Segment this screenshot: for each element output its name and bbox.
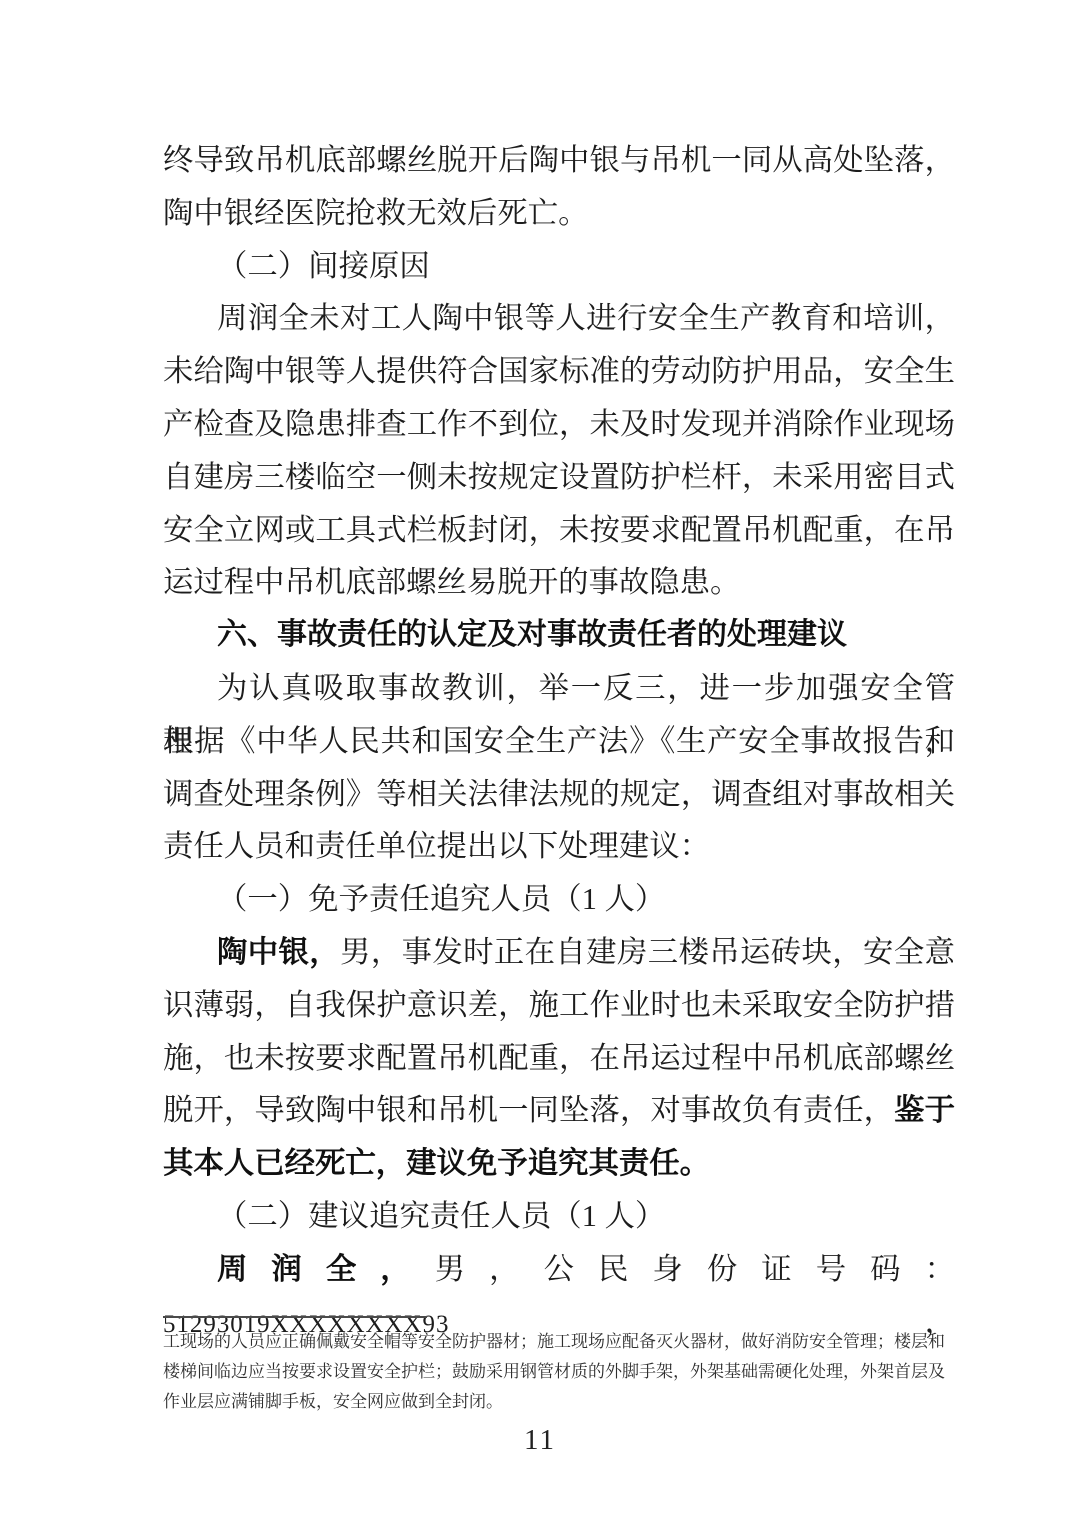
text-line: 未给陶中银等人提供符合国家标准的劳动防护用品，安全生 xyxy=(163,345,955,398)
text-line: 为认真吸取事故教训，举一反三，进一步加强安全管理， xyxy=(163,662,955,715)
text-line: 陶中银经医院抢救无效后死亡。 xyxy=(163,187,955,240)
text-segment: 自建房三楼临空一侧未按规定设置防护栏杆，未采用密目式 xyxy=(163,460,955,494)
footnote: 工现场的人员应正确佩戴安全帽等安全防护器材；施工现场应配备灭火器材，做好消防安全… xyxy=(163,1316,955,1417)
text-line: 终导致吊机底部螺丝脱开后陶中银与吊机一同从高处坠落， xyxy=(163,134,955,187)
sub-heading: （二）间接原因 xyxy=(163,240,955,293)
text-line: 周润全未对工人陶中银等人进行安全生产教育和培训， xyxy=(163,292,955,345)
text-segment: 其本人已经死亡，建议免予追究其责任。 xyxy=(163,1146,710,1180)
text-line: 其本人已经死亡，建议免予追究其责任。 xyxy=(163,1137,955,1190)
text-line: 脱开，导致陶中银和吊机一同坠落，对事故负有责任，鉴于 xyxy=(163,1084,955,1137)
sub-heading: （二）建议追究责任人员（1 人） xyxy=(163,1190,955,1243)
text-line: 识薄弱，自我保护意识差，施工作业时也未采取安全防护措 xyxy=(163,979,955,1032)
footnote-divider xyxy=(163,1316,427,1318)
text-segment: 陶中银， xyxy=(217,935,340,969)
text-segment: 周润全未对工人陶中银等人进行安全生产教育和培训， xyxy=(217,301,955,335)
text-segment: （一）免予责任追究人员（1 人） xyxy=(217,882,665,916)
document-page-body: 终导致吊机底部螺丝脱开后陶中银与吊机一同从高处坠落，陶中银经医院抢救无效后死亡。… xyxy=(163,134,955,1296)
text-line: 产检查及隐患排查工作不到位，未及时发现并消除作业现场 xyxy=(163,398,955,451)
text-segment: （二）建议追究责任人员（1 人） xyxy=(217,1199,665,1233)
text-segment: 根据《中华人民共和国安全生产法》《生产安全事故报告和 xyxy=(163,724,955,758)
text-segment: 未给陶中银等人提供符合国家标准的劳动防护用品，安全生 xyxy=(163,354,955,388)
text-segment: 安全立网或工具式栏板封闭，未按要求配置吊机配重，在吊 xyxy=(163,513,955,547)
footnote-line: 工现场的人员应正确佩戴安全帽等安全防护器材；施工现场应配备灭火器材，做好消防安全… xyxy=(163,1327,955,1357)
text-segment: 运过程中吊机底部螺丝易脱开的事故隐患。 xyxy=(163,565,740,599)
section-heading: 六、事故责任的认定及对事故责任者的处理建议 xyxy=(163,609,955,662)
text-segment: （二）间接原因 xyxy=(217,249,430,283)
text-segment: 男，事发时正在自建房三楼吊运砖块，安全意 xyxy=(340,935,955,969)
sub-heading: （一）免予责任追究人员（1 人） xyxy=(163,873,955,926)
text-segment: 男，公民身份证号码： xyxy=(435,1252,955,1286)
text-segment: 产检查及隐患排查工作不到位，未及时发现并消除作业现场 xyxy=(163,407,955,441)
page-number: 11 xyxy=(0,1424,1080,1457)
text-line: 施，也未按要求配置吊机配重，在吊运过程中吊机底部螺丝 xyxy=(163,1032,955,1085)
text-segment: 终导致吊机底部螺丝脱开后陶中银与吊机一同从高处坠落， xyxy=(163,143,955,177)
text-segment: 六、事故责任的认定及对事故责任者的处理建议 xyxy=(217,618,847,651)
text-line: 周润全，男，公民身份证号码：51293019XXXXXXXX93， xyxy=(163,1243,955,1296)
text-line: 根据《中华人民共和国安全生产法》《生产安全事故报告和 xyxy=(163,715,955,768)
text-segment: 周润全， xyxy=(217,1252,435,1286)
text-segment: 鉴于 xyxy=(894,1093,955,1127)
footnote-lines: 工现场的人员应正确佩戴安全帽等安全防护器材；施工现场应配备灭火器材，做好消防安全… xyxy=(163,1327,955,1417)
text-line: 运过程中吊机底部螺丝易脱开的事故隐患。 xyxy=(163,556,955,609)
text-segment: 调查处理条例》等相关法律法规的规定，调查组对事故相关 xyxy=(163,777,955,811)
text-line: 自建房三楼临空一侧未按规定设置防护栏杆，未采用密目式 xyxy=(163,451,955,504)
footnote-line: 作业层应满铺脚手板，安全网应做到全封闭。 xyxy=(163,1387,955,1417)
text-segment: 识薄弱，自我保护意识差，施工作业时也未采取安全防护措 xyxy=(163,988,955,1022)
text-line: 调查处理条例》等相关法律法规的规定，调查组对事故相关 xyxy=(163,768,955,821)
text-segment: 陶中银经医院抢救无效后死亡。 xyxy=(163,196,588,230)
text-line: 责任人员和责任单位提出以下处理建议： xyxy=(163,820,955,873)
text-segment: 责任人员和责任单位提出以下处理建议： xyxy=(163,829,710,863)
text-line: 安全立网或工具式栏板封闭，未按要求配置吊机配重，在吊 xyxy=(163,504,955,557)
text-segment: 脱开，导致陶中银和吊机一同坠落，对事故负有责任， xyxy=(163,1093,894,1127)
text-line: 陶中银，男，事发时正在自建房三楼吊运砖块，安全意 xyxy=(163,926,955,979)
text-segment: 施，也未按要求配置吊机配重，在吊运过程中吊机底部螺丝 xyxy=(163,1041,955,1075)
document-lines: 终导致吊机底部螺丝脱开后陶中银与吊机一同从高处坠落，陶中银经医院抢救无效后死亡。… xyxy=(163,134,955,1296)
footnote-line: 楼梯间临边应当按要求设置安全护栏；鼓励采用钢管材质的外脚手架，外架基础需硬化处理… xyxy=(163,1357,955,1387)
